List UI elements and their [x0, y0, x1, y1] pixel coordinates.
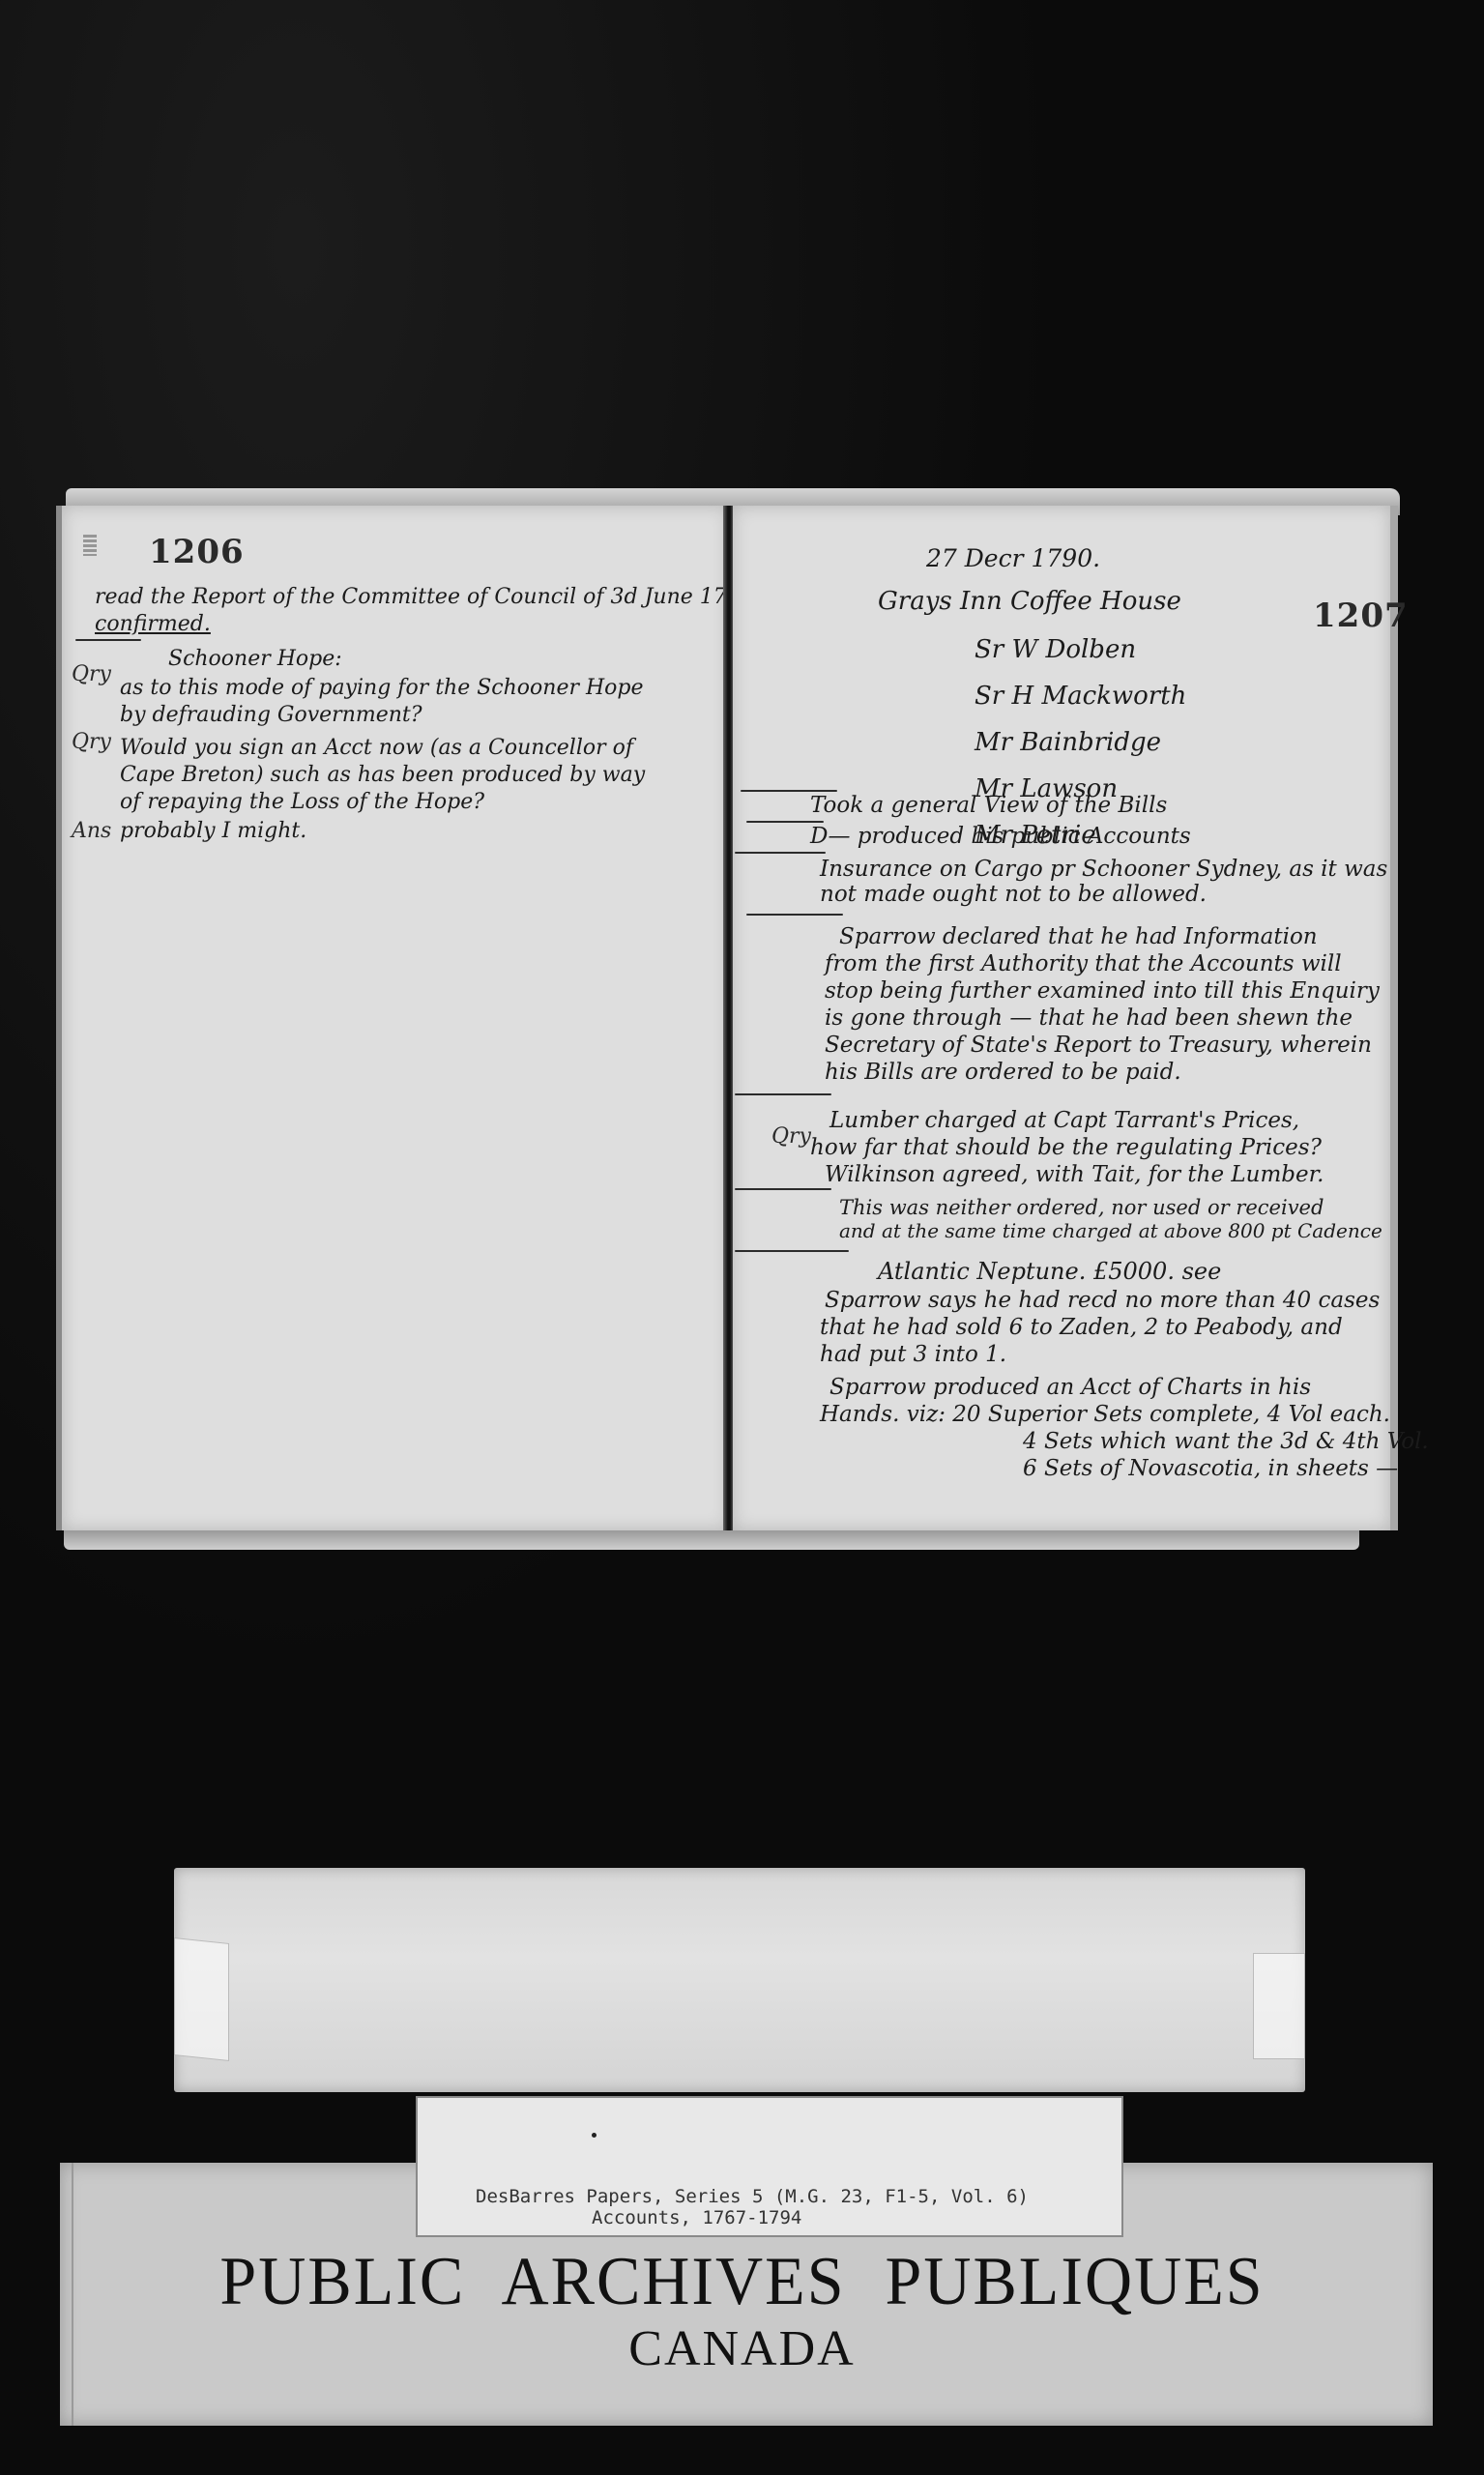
stamp-mark: [83, 535, 97, 556]
tape-piece-right: [1253, 1953, 1305, 2059]
minute-entry: his Bills are ordered to be paid.: [825, 1059, 1181, 1086]
margin-rule: [735, 1250, 849, 1252]
archives-country: CANADA: [0, 2320, 1484, 2377]
manuscript-line: as to this mode of paying for the Schoon…: [120, 676, 644, 702]
minute-entry: 6 Sets of Novascotia, in sheets —: [1023, 1455, 1398, 1482]
manuscript-line: confirmed.: [95, 612, 211, 638]
margin-note-answer: Ans: [72, 819, 111, 845]
attendee: Sr W Dolben: [975, 635, 1136, 666]
section-heading-atlantic-neptune: Atlantic Neptune. £5000. see: [878, 1258, 1221, 1286]
minute-entry: Sparrow declared that he had Information: [839, 923, 1318, 950]
minute-entry: is gone through — that he had been shewn…: [825, 1005, 1353, 1032]
minute-entry: stop being further examined into till th…: [825, 977, 1380, 1005]
archival-envelope-strip: [174, 1868, 1305, 2092]
margin-note-query: Qry: [72, 662, 111, 688]
collection-subtitle: Accounts, 1767-1794: [476, 2207, 801, 2228]
minute-entry: D— produced his public Accounts: [810, 823, 1191, 850]
attendee: Sr H Mackworth: [975, 682, 1186, 713]
margin-rule: [735, 852, 826, 854]
folio-number-right: 1207: [1313, 597, 1409, 635]
attendee: Mr Bainbridge: [975, 728, 1161, 759]
margin-rule: [746, 914, 843, 916]
manuscript-line: read the Report of the Committee of Coun…: [95, 585, 754, 611]
minute-entry: from the first Authority that the Accoun…: [825, 950, 1342, 977]
minute-entry: Lumber charged at Capt Tarrant's Prices,: [829, 1107, 1299, 1134]
tape-piece-left: [174, 1937, 229, 2061]
minute-entry: Wilkinson agreed, with Tait, for the Lum…: [825, 1161, 1324, 1188]
folio-number-left: 1206: [149, 533, 245, 571]
archives-heading: PUBLIC ARCHIVES PUBLIQUES: [0, 2241, 1484, 2321]
collection-label-card: DesBarres Papers, Series 5 (M.G. 23, F1-…: [416, 2096, 1123, 2237]
minute-entry: Hands. viz: 20 Superior Sets complete, 4…: [820, 1401, 1390, 1428]
minute-entry: This was neither ordered, nor used or re…: [839, 1196, 1324, 1221]
meeting-location: Grays Inn Coffee House: [878, 587, 1181, 618]
manuscript-line: probably I might.: [120, 819, 306, 845]
minute-entry: Sparrow says he had recd no more than 40…: [825, 1287, 1380, 1314]
manuscript-line: Would you sign an Acct now (as a Councel…: [120, 736, 633, 762]
minute-entry: how far that should be the regulating Pr…: [810, 1134, 1322, 1161]
open-ledger-book: 1206 read the Report of the Committee of…: [56, 488, 1411, 1550]
margin-rule: [735, 1093, 831, 1095]
manuscript-line: of repaying the Loss of the Hope?: [120, 790, 484, 816]
section-heading-schooner-hope: Schooner Hope:: [168, 647, 342, 673]
margin-rule: [735, 1188, 831, 1190]
entry-date: 27 Decr 1790.: [926, 544, 1100, 574]
margin-note-query: Qry: [771, 1124, 811, 1150]
left-page: 1206 read the Report of the Committee of…: [56, 506, 729, 1530]
margin-note-query: Qry: [72, 730, 111, 756]
minute-entry: Insurance on Cargo pr Schooner Sydney, a…: [820, 856, 1387, 883]
minute-entry: Secretary of State's Report to Treasury,…: [825, 1032, 1372, 1059]
minute-entry: not made ought not to be allowed.: [820, 881, 1207, 908]
minute-entry: and at the same time charged at above 80…: [839, 1219, 1382, 1242]
minute-entry: 4 Sets which want the 3d & 4th Vol.: [1023, 1428, 1429, 1455]
manuscript-line: Cape Breton) such as has been produced b…: [120, 763, 645, 789]
collection-label-text: DesBarres Papers, Series 5 (M.G. 23, F1-…: [476, 2187, 1029, 2229]
manuscript-line: by defrauding Government?: [120, 703, 422, 729]
minute-entry: had put 3 into 1.: [820, 1341, 1006, 1368]
book-bottom-edge: [64, 1530, 1359, 1550]
label-speck: [592, 2133, 597, 2138]
minute-entry: Sparrow produced an Acct of Charts in hi…: [829, 1374, 1311, 1401]
minute-entry: Took a general View of the Bills: [810, 792, 1167, 819]
right-page: 1207 27 Decr 1790. Grays Inn Coffee Hous…: [733, 506, 1398, 1530]
minute-entry: that he had sold 6 to Zaden, 2 to Peabod…: [820, 1314, 1343, 1341]
collection-title: DesBarres Papers, Series 5 (M.G. 23, F1-…: [476, 2186, 1029, 2207]
margin-rule: [75, 639, 141, 641]
